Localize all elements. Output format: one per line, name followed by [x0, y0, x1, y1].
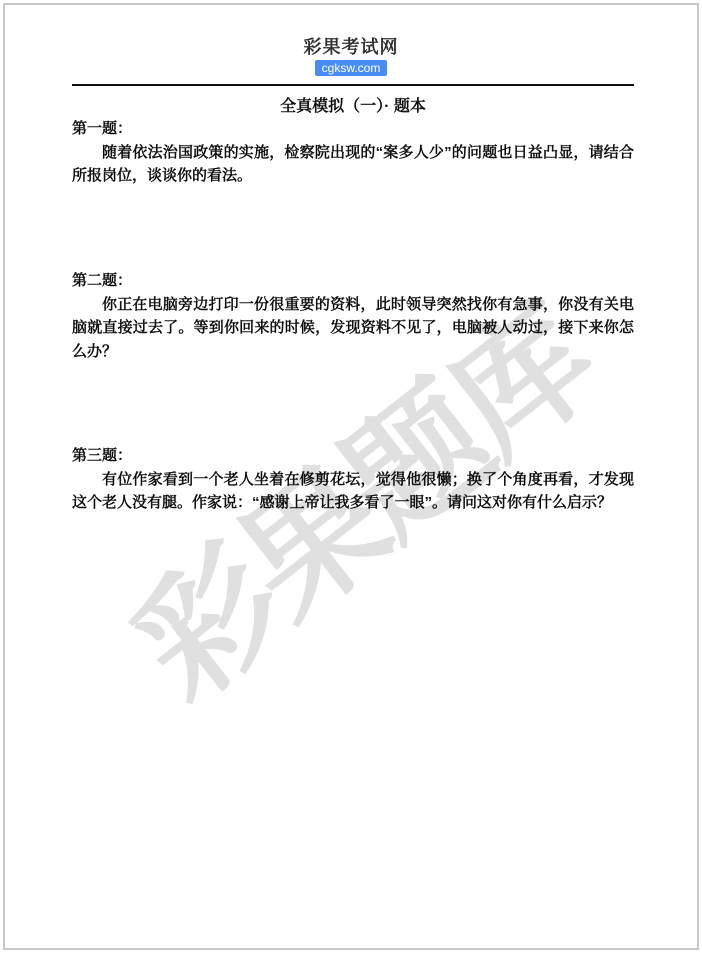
site-url-badge: cgksw.com — [315, 60, 388, 76]
document-title: 全真模拟（一）· 题本 — [72, 93, 634, 116]
question-3-text: 有位作家看到一个老人坐着在修剪花坛，觉得他很懒；换了个角度再看，才发现这个老人没… — [72, 468, 634, 515]
site-logo-text: 彩果考试网 — [5, 36, 697, 58]
question-1-text: 随着依法治国政策的实施，检察院出现的“案多人少”的问题也日益凸显，请结合所报岗位… — [72, 141, 634, 188]
question-3: 第三题： 有位作家看到一个老人坐着在修剪花坛，觉得他很懒；换了个角度再看，才发现… — [72, 444, 634, 515]
header-divider — [72, 84, 634, 86]
question-2: 第二题： 你正在电脑旁边打印一份很重要的资料，此时领导突然找你有急事，你没有关电… — [72, 269, 634, 363]
question-3-label: 第三题： — [72, 444, 634, 468]
question-2-text: 你正在电脑旁边打印一份很重要的资料，此时领导突然找你有急事，你没有关电脑就直接过… — [72, 293, 634, 364]
question-1: 第一题： 随着依法治国政策的实施，检察院出现的“案多人少”的问题也日益凸显，请结… — [72, 117, 634, 188]
site-header: 彩果考试网 cgksw.com — [5, 36, 697, 77]
question-2-label: 第二题： — [72, 269, 634, 293]
question-1-label: 第一题： — [72, 117, 634, 141]
document-page: 彩果考试网 cgksw.com 全真模拟（一）· 题本 第一题： 随着依法治国政… — [3, 3, 699, 950]
